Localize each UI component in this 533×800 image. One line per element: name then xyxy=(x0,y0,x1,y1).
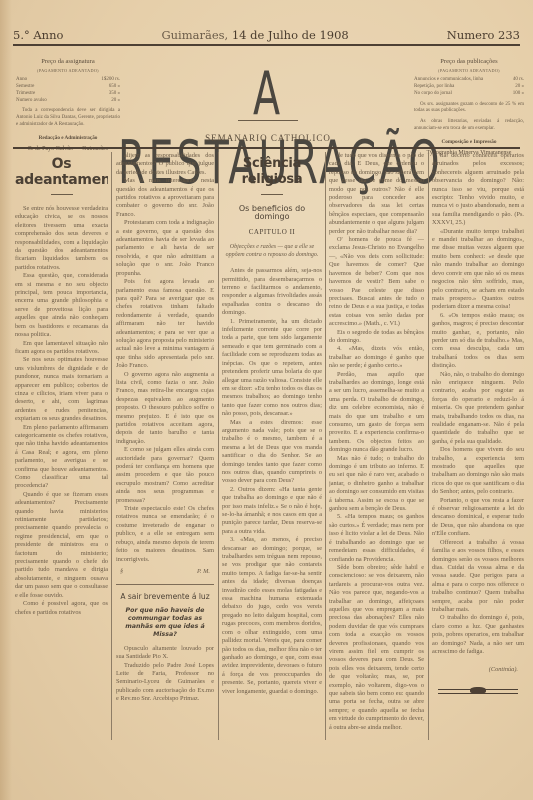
column-divider xyxy=(218,152,219,740)
price-row: Semestre650 » xyxy=(16,84,120,91)
title-rule xyxy=(261,194,283,195)
office-label: Redacção e Administração xyxy=(16,135,120,142)
paragraph: 4. «Mas, dizeis vós então, trabalhar ao … xyxy=(329,345,424,370)
place: Guimarães, xyxy=(161,28,228,42)
article-body: Antes de passarmos além, seja-nos permit… xyxy=(222,267,322,696)
publication-box: Preço das publicações (PAGAMENTO ADEANTA… xyxy=(414,58,524,157)
price-label: Trimestre xyxy=(16,91,35,98)
paragraph: Mas o mais interessante nesta questão do… xyxy=(116,177,214,219)
paragraph: Eis o segredo de todas as bênçãos do dom… xyxy=(329,329,424,346)
article-body: alijem as responsabilidades dos adeantam… xyxy=(116,152,214,564)
paragraph: Antes de passarmos além, seja-nos permit… xyxy=(222,267,322,317)
year-label: 5.° Anno xyxy=(13,28,63,42)
price-row: Annuncios e communicados, linha40 rs. xyxy=(414,77,524,84)
signature-mark: § xyxy=(120,568,123,576)
ad-title: A sair brevemente á luz xyxy=(116,593,214,601)
paragraph: Como é possivel agora, que os chefes e p… xyxy=(15,600,108,617)
epigraph: Objecções e razões — que a elle se oppõe… xyxy=(222,244,322,259)
masthead-subtitle: SEMANARIO CATHOLICO xyxy=(180,133,356,143)
ad-body: Opusculo altamente louvado por sua Santi… xyxy=(116,645,214,704)
paragraph: 1. Primeiramente, ha um dictado infelizm… xyxy=(222,318,322,419)
price-label: Semestre xyxy=(16,84,34,91)
paragraph: 6. «Os tempos estão maus; os ganhos, mag… xyxy=(432,312,524,371)
price-row: Repetição, por linha20 » xyxy=(414,84,524,91)
paragraph: Mas não é tudo; o trabalho do domingo é … xyxy=(329,455,424,514)
paragraph: Opusculo altamente louvado por sua Santi… xyxy=(116,645,214,662)
signature-initials: P. M. xyxy=(197,568,210,576)
masthead-divider xyxy=(13,147,520,149)
publication-note-discount: Os srs. assignantes gozam o desconto de … xyxy=(414,102,524,116)
paragraph: Perdão, mas aquilo que trabalhardes ao d… xyxy=(329,371,424,455)
article-signature: § P. M. xyxy=(116,568,214,576)
end-ornament xyxy=(438,689,518,694)
paragraph: 5. «Ha tempos maus; os ganhos são curtos… xyxy=(329,513,424,563)
price-value: 20 » xyxy=(515,84,524,91)
column-4: de tudo que vos dispensa o pão de cada d… xyxy=(329,152,424,782)
paragraph: O trabalho do domingo é, pois, claro com… xyxy=(432,614,524,656)
price-row: Anno1$200 rs. xyxy=(16,77,120,84)
subscription-note: Toda a correspondencia deve ser dirigida… xyxy=(16,108,120,128)
issue-number: Numero 233 xyxy=(447,28,520,42)
section-divider xyxy=(116,584,214,585)
column-2: alijem as responsabilidades dos adeantam… xyxy=(116,152,214,782)
paragraph: tia: decerto conheceis operarios arruina… xyxy=(432,152,524,228)
subscription-box: Preço da assignatura (PAGAMENTO ADEANTAD… xyxy=(16,58,120,153)
paragraph: Triste espectaculo este! Os chefes rotat… xyxy=(116,505,214,564)
price-label: No corpo do jornal xyxy=(414,91,452,98)
column-1: Os adeantamentos Se entre nós houvesse v… xyxy=(15,152,108,782)
paragraph: Portanto, o que vos resta a fazer é obse… xyxy=(432,497,524,539)
price-row: No corpo do jornal100 » xyxy=(414,91,524,98)
price-label: Numero avulso xyxy=(16,98,47,105)
price-label: Annuncios e communicados, linha xyxy=(414,77,483,84)
publication-subheading: (PAGAMENTO ADEANTADO) xyxy=(414,68,524,74)
masthead-rule xyxy=(238,120,298,121)
chapter-label: CAPITULO II xyxy=(222,228,322,236)
article-body: de tudo que vos dispensa o pão de cada d… xyxy=(329,152,424,732)
paragraph: E como se julgam elles ainda com auctori… xyxy=(116,446,214,505)
paragraph: 2. Outros dizem: «Ha tanta gente que tra… xyxy=(222,486,322,536)
subscription-heading: Preço da assignatura xyxy=(16,58,120,67)
paragraph: Não, não, o trabalho do domingo não enri… xyxy=(432,371,524,447)
paragraph: Pois foi agora levada ao parlamento essa… xyxy=(116,278,214,370)
paragraph: Se entre nós houvesse verdadeira educaçã… xyxy=(15,205,108,272)
place-date: Guimarães, 14 de Julho de 1908 xyxy=(161,28,348,42)
price-value: 100 » xyxy=(513,91,524,98)
ad-question: Por que não haveis de commungar todas as… xyxy=(116,607,214,639)
paragraph: Em que lamentavel situação não ficam ago… xyxy=(15,340,108,357)
price-value: 40 rs. xyxy=(513,77,524,84)
page-edge-shadow xyxy=(0,0,12,800)
column-divider xyxy=(325,152,326,740)
price-row: Trimestre350 » xyxy=(16,91,120,98)
paragraph: «Durante muito tempo trabalhei e mandei … xyxy=(432,228,524,312)
paragraph: O governo agora não augmenta a lista civ… xyxy=(116,371,214,447)
paragraph: alijem as responsabilidades dos adeantam… xyxy=(116,152,214,177)
publication-heading: Preço das publicações xyxy=(414,58,524,67)
paragraph: Offerecei a trabalho á vossa familia e a… xyxy=(432,539,524,615)
paragraph: Se nos seus optimates houvesse uns vislu… xyxy=(15,356,108,423)
paragraph: O' homens de pouca fé — exclama Jesus-Ch… xyxy=(329,236,424,328)
title-rule xyxy=(51,194,73,195)
price-row: Numero avulso20 » xyxy=(16,98,120,105)
paragraph: de tudo que vos dispensa o pão de cada d… xyxy=(329,152,424,236)
article-body: tia: decerto conheceis operarios arruina… xyxy=(432,152,524,656)
issue-date: 14 de Julho de 1908 xyxy=(232,28,349,42)
article-title-adeantamentos: Os adeantamentos xyxy=(15,156,108,188)
paragraph: Em pleno parlamento affirmaram categoric… xyxy=(15,424,108,491)
price-label: Anno xyxy=(16,77,27,84)
article-subtitle: Os beneficios do domingo xyxy=(222,205,322,222)
subscription-price-list: Anno1$200 rs.Semestre650 »Trimestre350 »… xyxy=(16,77,120,104)
price-label: Repetição, por linha xyxy=(414,84,454,91)
publication-note-books: As obras litterarias, enviadas á redacçã… xyxy=(414,119,524,133)
column-5: tia: decerto conheceis operarios arruina… xyxy=(432,152,524,782)
paragraph: Traduzido pelo Padre José Lopes Leite de… xyxy=(116,662,214,704)
paragraph: Protestaram com toda a indignação a este… xyxy=(116,219,214,278)
column-divider xyxy=(428,152,429,740)
article-body: Se entre nós houvesse verdadeira educaçã… xyxy=(15,205,108,617)
column-divider xyxy=(111,152,112,740)
press-label: Composição e Impressão xyxy=(414,139,524,146)
subscription-subheading: (PAGAMENTO ADEANTADO) xyxy=(16,68,120,74)
article-title-sciencia: Sciência religiosa xyxy=(222,156,322,188)
header-bar: 5.° Anno Guimarães, 14 de Julho de 1908 … xyxy=(13,24,520,46)
paragraph: Essa questão, que, considerada em si mes… xyxy=(15,272,108,339)
continuation-note: (Continúa). xyxy=(432,666,524,674)
paragraph: Mas a estes diremos: esse argumento nada… xyxy=(222,419,322,486)
paragraph: Quando é que se fizeram esses adeantamen… xyxy=(15,491,108,600)
newspaper-page: 5.° Anno Guimarães, 14 de Julho de 1908 … xyxy=(0,0,533,800)
column-3: Sciência religiosa Os beneficios do domi… xyxy=(222,152,322,782)
paragraph: Sêde bom obreiro; sêde habil e conscienc… xyxy=(329,564,424,732)
paragraph: 3. «Mas, ao menos, é preciso descansar a… xyxy=(222,536,322,696)
publication-price-list: Annuncios e communicados, linha40 rs.Rep… xyxy=(414,77,524,97)
paragraph: Dos homens que vivem do seu trabalho, a … xyxy=(432,446,524,496)
